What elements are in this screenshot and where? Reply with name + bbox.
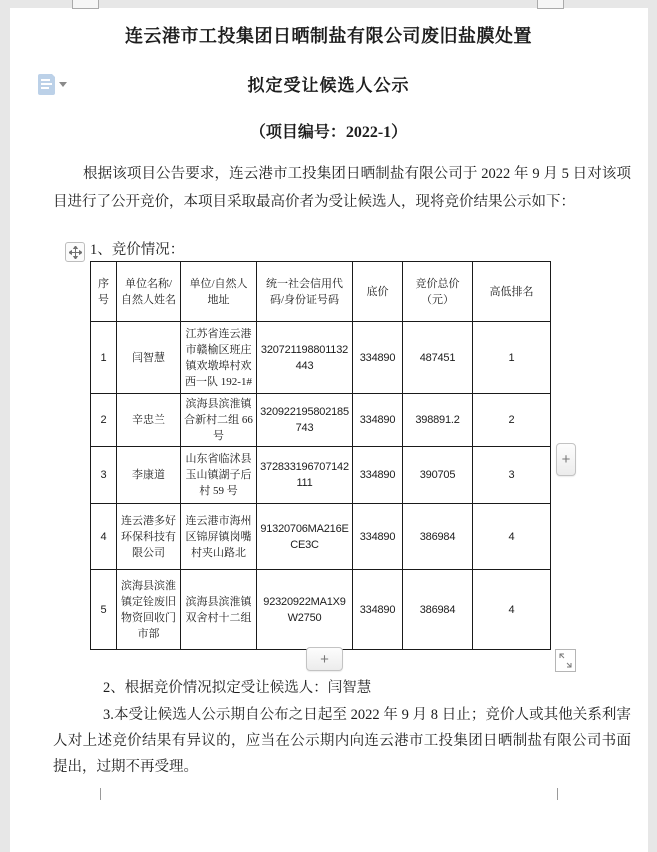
bidding-table: 序号 单位名称/自然人姓名 单位/自然人地址 统一社会信用代码/身份证号码 底价… <box>90 261 551 650</box>
cell-rank: 1 <box>473 322 551 394</box>
cell-code: 320922195802185743 <box>257 394 353 447</box>
cell-seq: 1 <box>91 322 117 394</box>
cell-seq: 5 <box>91 570 117 650</box>
column-header-code: 统一社会信用代码/身份证号码 <box>257 262 353 322</box>
cell-code: 320721198801132443 <box>257 322 353 394</box>
column-header-seq: 序号 <box>91 262 117 322</box>
document-title-line1: 连云港市工投集团日晒制盐有限公司废旧盐膜处置 <box>0 22 657 48</box>
top-right-margin-mark <box>537 0 564 9</box>
cell-seq: 3 <box>91 447 117 504</box>
cell-base-price: 334890 <box>353 322 403 394</box>
cell-rank: 2 <box>473 394 551 447</box>
intro-paragraph: 根据该项目公告要求，连云港市工投集团日晒制盐有限公司于 2022 年 9 月 5… <box>53 160 631 216</box>
table-row: 3 李康道 山东省临沭县玉山镇湖子后村 59 号 372833196707142… <box>91 447 551 504</box>
section2-text: 2、根据竞价情况拟定受让候选人：闫智慧 <box>53 674 631 702</box>
cell-total-price: 398891.2 <box>403 394 473 447</box>
top-left-margin-mark <box>72 0 99 9</box>
resize-icon <box>559 653 572 668</box>
column-header-address: 单位/自然人地址 <box>181 262 257 322</box>
cell-address: 滨海县滨淮镇合新村二组 66 号 <box>181 394 257 447</box>
cell-base-price: 334890 <box>353 394 403 447</box>
cell-base-price: 334890 <box>353 447 403 504</box>
table-row: 5 滨海县滨淮镇定铨废旧物资回收门市部 滨海县滨淮镇双舍村十二组 9232092… <box>91 570 551 650</box>
cell-rank: 4 <box>473 570 551 650</box>
cell-name: 连云港多好环保科技有限公司 <box>117 504 181 570</box>
add-row-button[interactable]: + <box>306 647 343 671</box>
table-row: 4 连云港多好环保科技有限公司 连云港市海州区锦屏镇岗嘴村夹山路北 913207… <box>91 504 551 570</box>
table-resize-handle[interactable] <box>555 649 576 672</box>
add-column-button[interactable]: + <box>556 443 576 476</box>
document-title-line2: 拟定受让候选人公示 <box>0 71 657 96</box>
table-row: 1 闫智慧 江苏省连云港市赣榆区班庄镇欢墩埠村欢西一队 192-1# 32072… <box>91 322 551 394</box>
cell-seq: 2 <box>91 394 117 447</box>
cell-address: 连云港市海州区锦屏镇岗嘴村夹山路北 <box>181 504 257 570</box>
cell-total-price: 386984 <box>403 504 473 570</box>
table-move-handle[interactable] <box>65 242 85 262</box>
cell-code: 91320706MA216ECE3C <box>257 504 353 570</box>
cell-seq: 4 <box>91 504 117 570</box>
cell-total-price: 386984 <box>403 570 473 650</box>
bottom-right-margin-mark <box>557 788 558 800</box>
column-header-name: 单位名称/自然人姓名 <box>117 262 181 322</box>
cell-base-price: 334890 <box>353 504 403 570</box>
table-row: 2 辛忠兰 滨海县滨淮镇合新村二组 66 号 32092219580218574… <box>91 394 551 447</box>
column-header-base-price: 底价 <box>353 262 403 322</box>
cell-total-price: 390705 <box>403 447 473 504</box>
bottom-left-margin-mark <box>100 788 101 800</box>
cell-base-price: 334890 <box>353 570 403 650</box>
cell-total-price: 487451 <box>403 322 473 394</box>
cell-rank: 4 <box>473 504 551 570</box>
plus-icon: + <box>562 451 571 468</box>
cell-name: 滨海县滨淮镇定铨废旧物资回收门市部 <box>117 570 181 650</box>
section1-label: 1、竞价情况： <box>90 236 630 264</box>
column-header-total-price: 竞价总价（元） <box>403 262 473 322</box>
section3-text: 3.本受让候选人公示期自公布之日起至 2022 年 9 月 8 日止；竞价人或其… <box>53 702 631 780</box>
table-header-row: 序号 单位名称/自然人姓名 单位/自然人地址 统一社会信用代码/身份证号码 底价… <box>91 262 551 322</box>
cell-rank: 3 <box>473 447 551 504</box>
cell-code: 92320922MA1X9W2750 <box>257 570 353 650</box>
column-header-rank: 高低排名 <box>473 262 551 322</box>
cell-address: 山东省临沭县玉山镇湖子后村 59 号 <box>181 447 257 504</box>
cell-name: 李康道 <box>117 447 181 504</box>
cell-address: 江苏省连云港市赣榆区班庄镇欢墩埠村欢西一队 192-1# <box>181 322 257 394</box>
word-canvas: { "page": { "title1": "连云港市工投集团日晒制盐有限公司废… <box>0 0 657 852</box>
plus-icon: + <box>320 651 329 668</box>
cell-address: 滨海县滨淮镇双舍村十二组 <box>181 570 257 650</box>
cell-code: 372833196707142111 <box>257 447 353 504</box>
project-number: （项目编号：2022-1） <box>0 119 657 142</box>
cell-name: 闫智慧 <box>117 322 181 394</box>
cell-name: 辛忠兰 <box>117 394 181 447</box>
move-icon <box>69 246 82 259</box>
